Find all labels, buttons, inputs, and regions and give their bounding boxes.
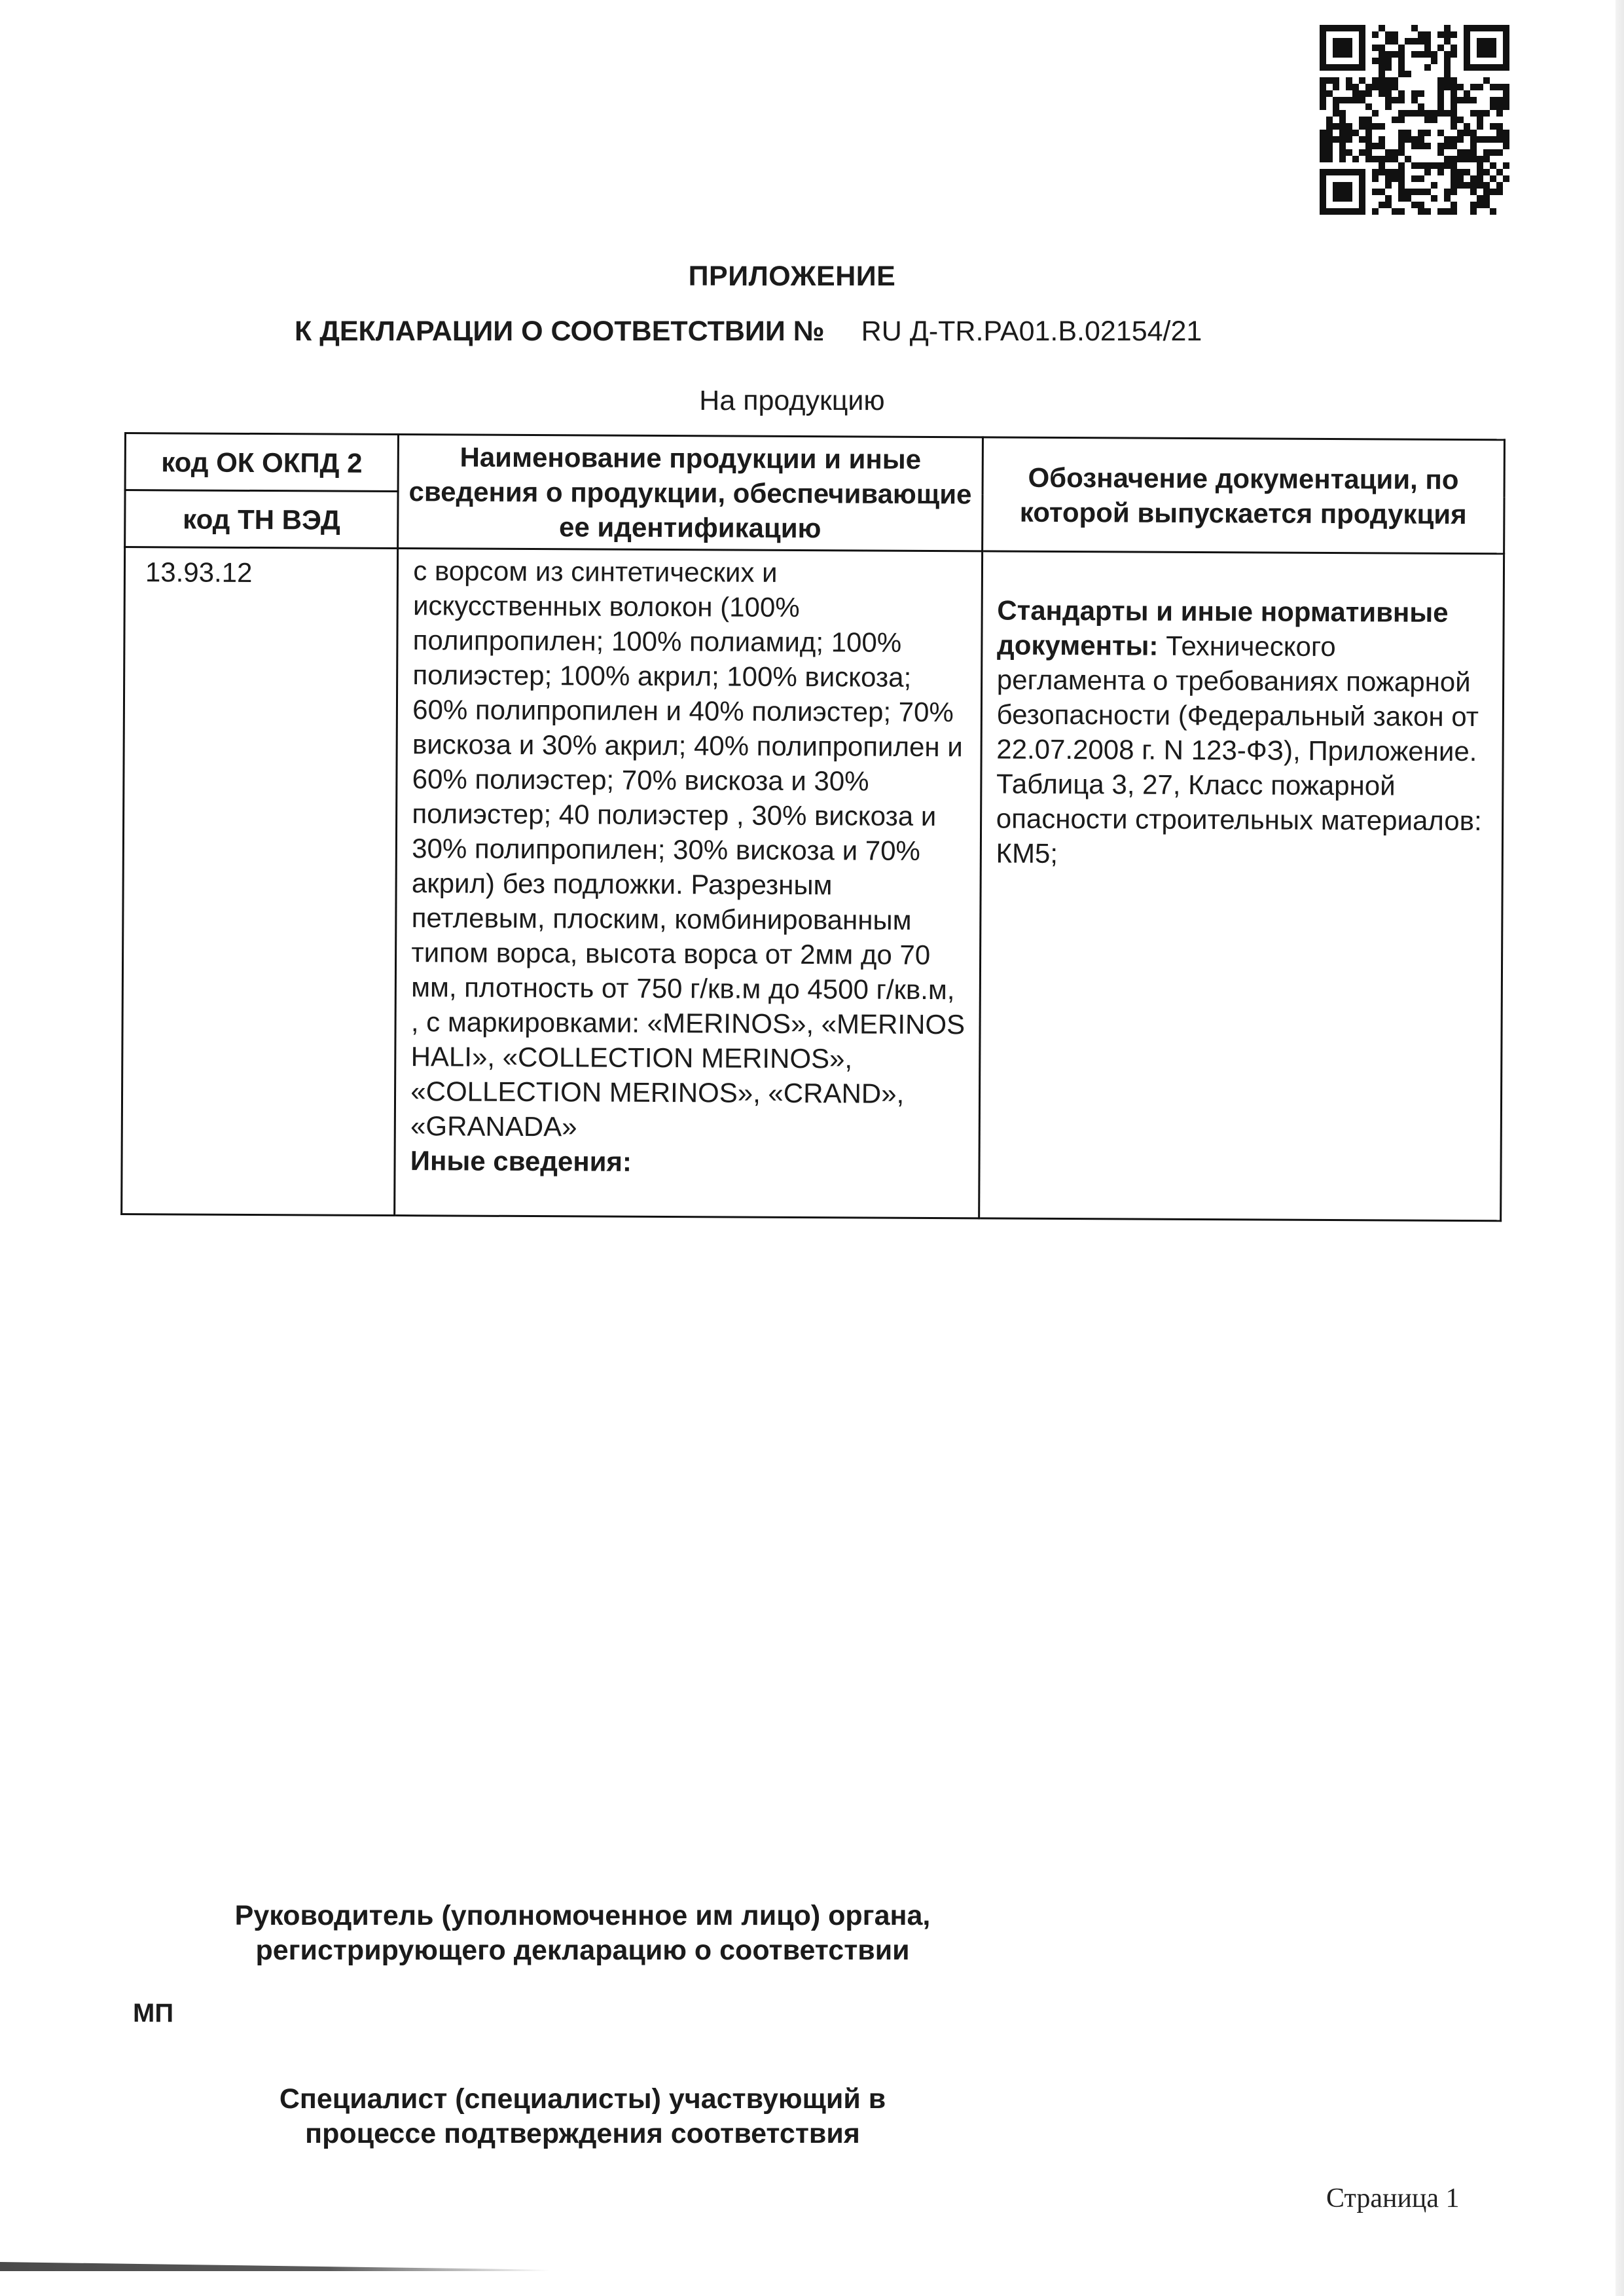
stamp-label: МП <box>133 1999 173 2028</box>
header-code-okpd2: код ОК ОКПД 2 <box>125 433 399 492</box>
cell-description: с ворсом из синтетических и искусственны… <box>395 549 982 1218</box>
table-header-row-1: код ОК ОКПД 2 Наименование продукции и и… <box>125 433 1504 497</box>
documentation-text: Технического регламента о требованиях по… <box>996 630 1481 869</box>
description-text: с ворсом из синтетических и искусственны… <box>410 555 965 1142</box>
other-info-label: Иные сведения: <box>410 1143 967 1180</box>
specialist-signature-label: Специалист (специалисты) участвующий в п… <box>223 2082 943 2151</box>
declaration-number: RU Д-TR.PA01.B.02154/21 <box>861 316 1202 347</box>
page-number: Страница 1 <box>1326 2183 1460 2214</box>
header-product-name: Наименование продукции и иные сведения о… <box>398 435 983 551</box>
cell-documentation: Стандарты и иные нормативные документы: … <box>979 551 1504 1221</box>
product-table: код ОК ОКПД 2 Наименование продукции и и… <box>120 432 1506 1222</box>
header-documentation: Обозначение документации, по которой вып… <box>982 437 1504 554</box>
declaration-label: К ДЕКЛАРАЦИИ О СООТВЕТСТВИИ № <box>295 316 825 347</box>
header-code-tnved: код ТН ВЭД <box>125 490 399 549</box>
qr-code-icon <box>1320 25 1509 215</box>
head-signature-label: Руководитель (уполномоченное им лицо) ор… <box>223 1899 943 1968</box>
scan-margin <box>1615 0 1624 2296</box>
table-row: 13.93.12 с ворсом из синтетических и иск… <box>122 547 1504 1221</box>
scan-shadow <box>0 2262 550 2271</box>
page-title: ПРИЛОЖЕНИЕ <box>0 261 1584 293</box>
declaration-line: К ДЕКЛАРАЦИИ О СООТВЕТСТВИИ №RU Д-TR.PA0… <box>295 316 1202 348</box>
cell-code: 13.93.12 <box>122 547 398 1216</box>
subtitle: На продукцию <box>0 385 1584 417</box>
